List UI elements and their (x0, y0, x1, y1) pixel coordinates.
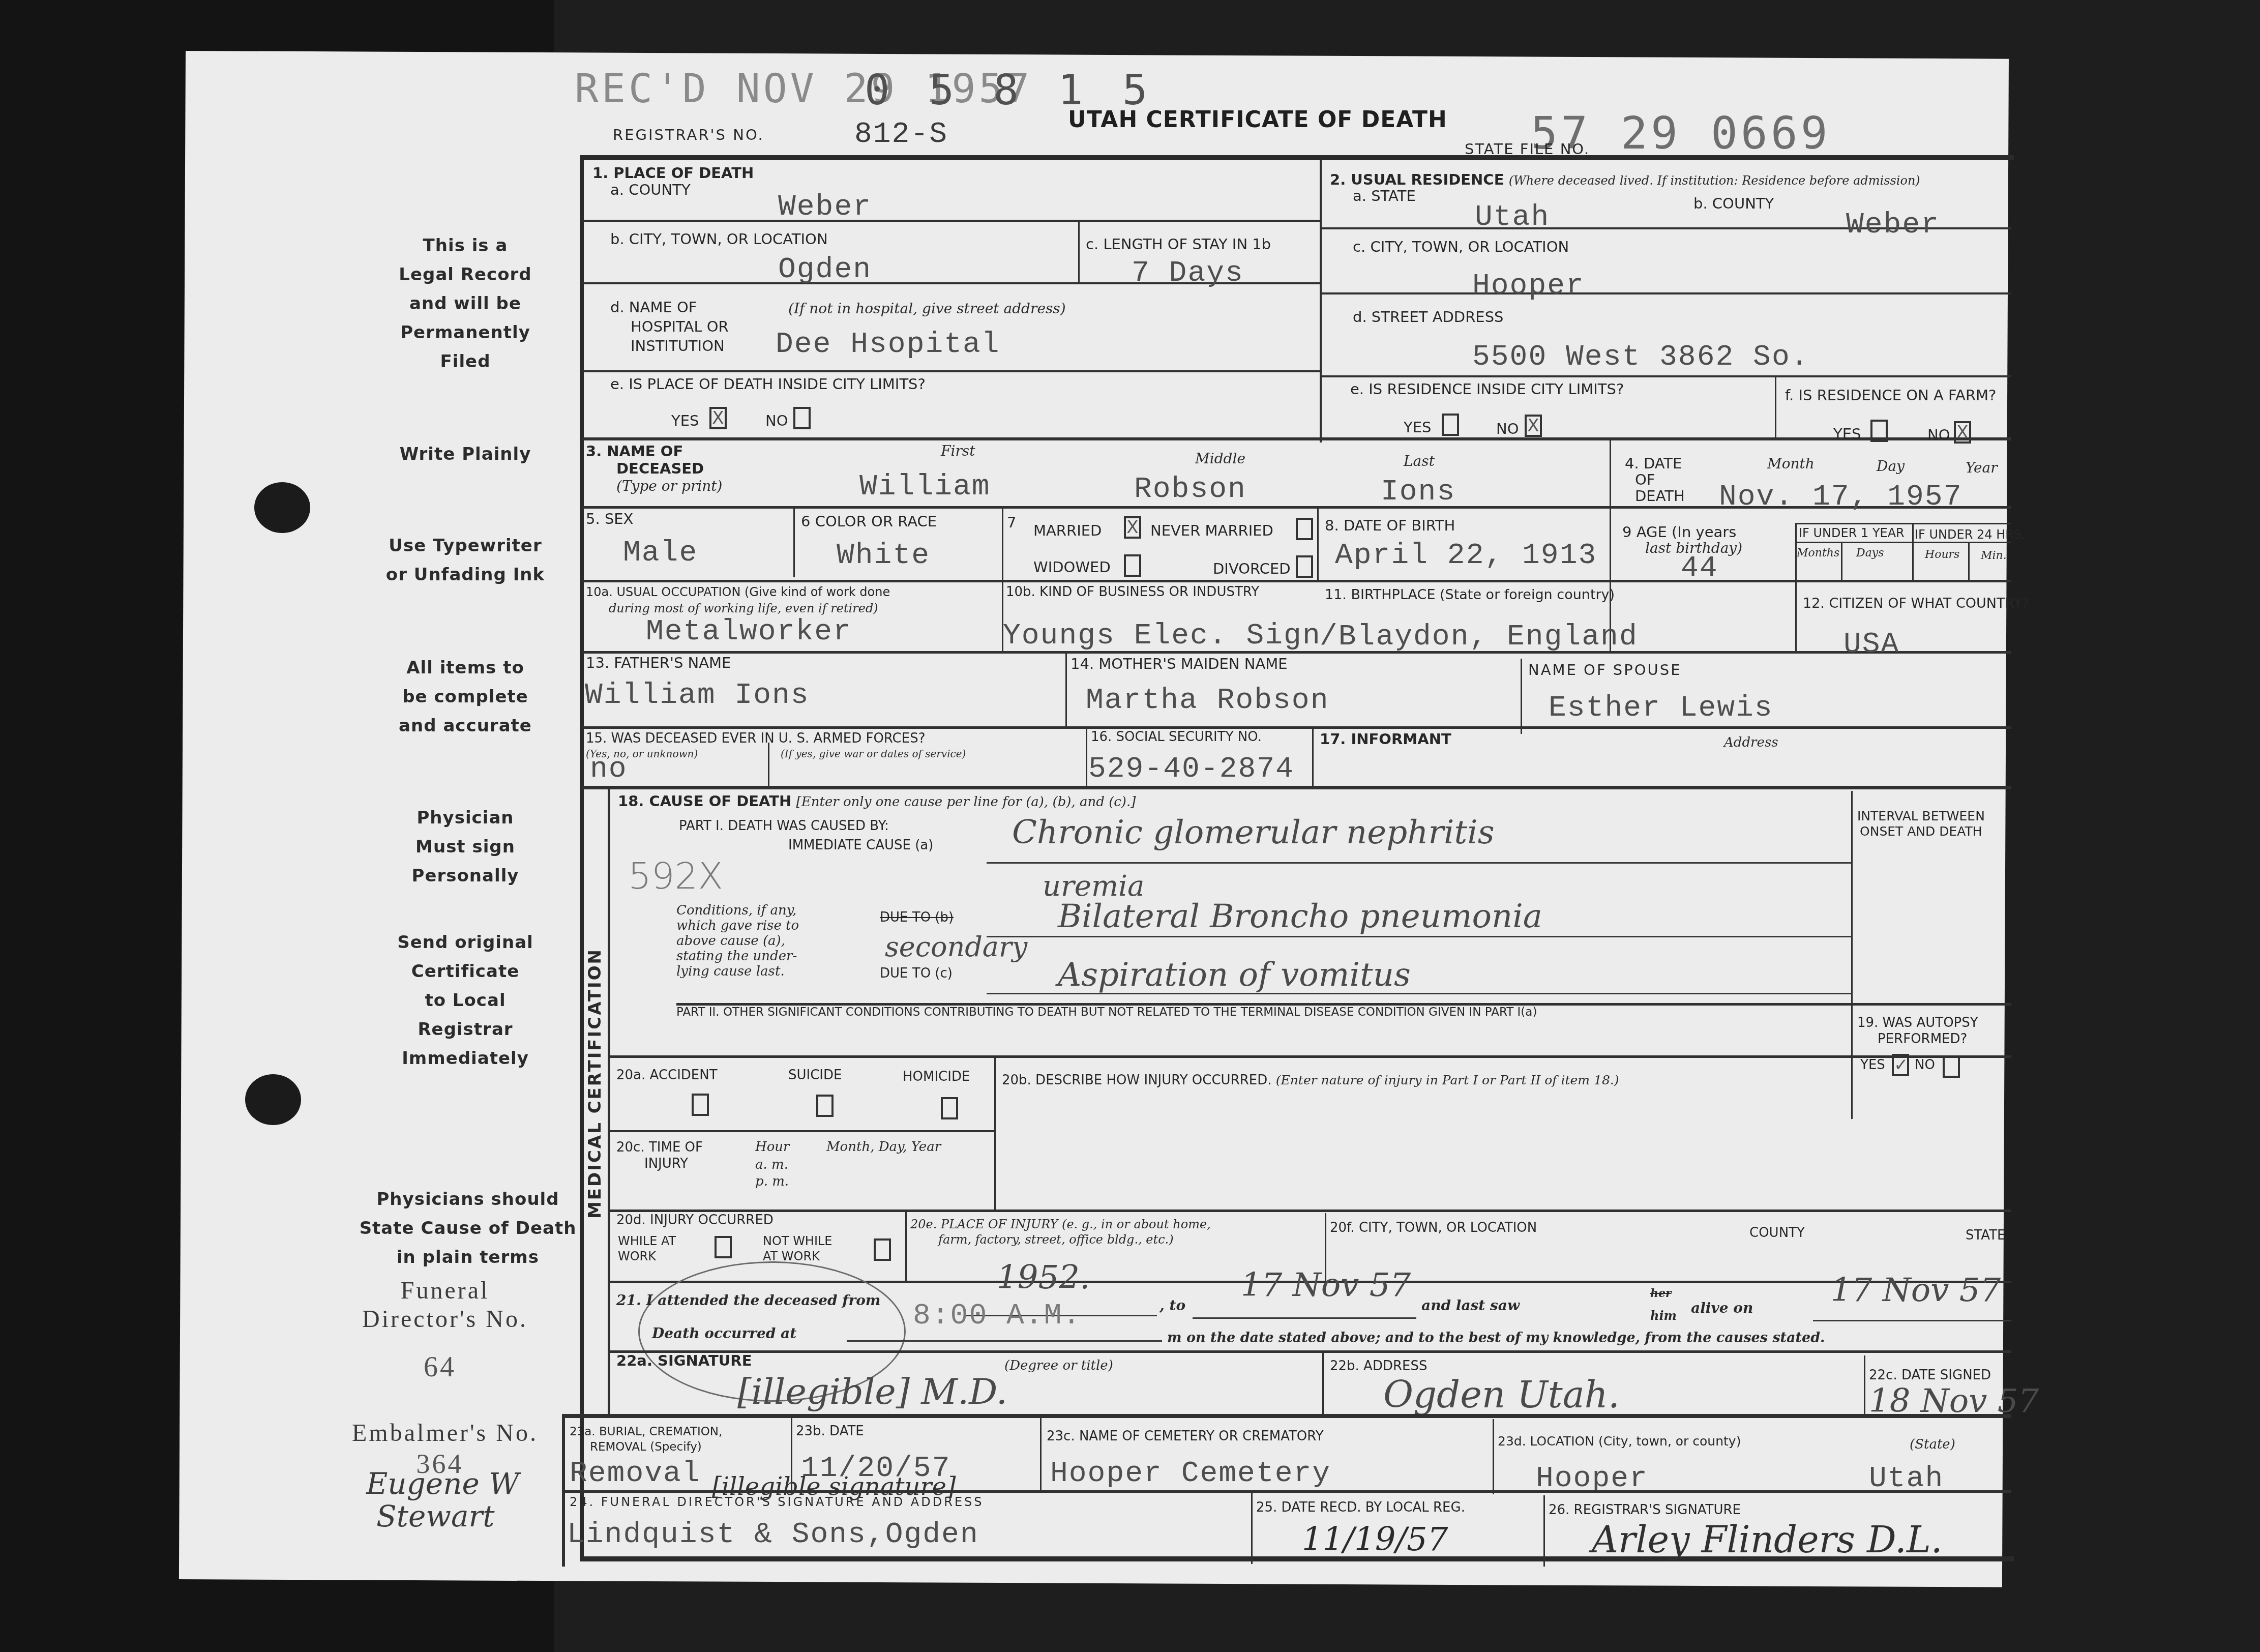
note-line: be complete (346, 683, 585, 712)
autopsy-label: 19. WAS AUTOPSY PERFORMED? (1857, 1015, 1978, 1047)
armed-forces-value[interactable]: no (590, 753, 628, 786)
residence-inside-city-yes-checkbox[interactable] (1442, 414, 1459, 436)
hours-label: Hours (1925, 548, 1959, 561)
divider (1086, 729, 1087, 787)
embalmer-signature: Eugene W Stewart (366, 1467, 519, 1532)
label-line: HOSPITAL OR (610, 317, 729, 336)
am-label: a. m. (755, 1157, 788, 1172)
father-label: 13. FATHER'S NAME (586, 655, 731, 671)
cemetery-value[interactable]: Hooper Cemetery (1050, 1457, 1331, 1490)
location-state-label: (State) (1910, 1437, 1955, 1452)
note-line: and accurate (346, 712, 585, 741)
label-line: above cause (a), (676, 933, 799, 949)
divider (582, 220, 1320, 222)
address-label: 22b. ADDRESS (1330, 1359, 1427, 1374)
cause-b-value[interactable]: Bilateral Broncho pneumonia (1058, 898, 1542, 935)
physician-address[interactable]: Ogden Utah. (1383, 1373, 1620, 1416)
label-text: 3. NAME OF (586, 442, 683, 460)
date-of-death-value[interactable]: Nov. 17, 1957 (1719, 481, 1962, 514)
suicide-checkbox[interactable] (816, 1095, 834, 1117)
suicide-label: SUICIDE (788, 1068, 842, 1083)
cemetery-label: 23c. NAME OF CEMETERY OR CREMATORY (1047, 1429, 1324, 1444)
divider (1322, 1353, 1324, 1414)
label-line: 4. DATE (1625, 455, 1685, 471)
usual-residence-label: 2. USUAL RESIDENCE (Where deceased lived… (1330, 172, 1920, 188)
divider (1493, 1419, 1494, 1494)
date-recd-value[interactable]: 11/19/57 (1302, 1521, 1448, 1558)
business-label: 10b. KIND OF BUSINESS OR INDUSTRY (1006, 585, 1259, 600)
pm-label: p. m. (755, 1174, 789, 1189)
funeral-director-value[interactable]: Lindquist & Sons,Ogden (567, 1518, 979, 1551)
label-line: stating the under- (676, 949, 799, 964)
residence-farm-label: f. IS RESIDENCE ON A FARM? (1785, 388, 1997, 404)
to-label: , to (1159, 1297, 1185, 1314)
label-line: REMOVAL (Specify) (570, 1439, 722, 1455)
cause-c-value[interactable]: Aspiration of vomitus (1058, 956, 1411, 994)
dob-label: 8. DATE OF BIRTH (1325, 518, 1455, 534)
deceased-name-label: 3. NAME OF DECEASED (Type or print) (586, 442, 722, 495)
ssn-value[interactable]: 529-40-2874 (1088, 753, 1294, 786)
divider (1320, 375, 2011, 377)
physician-signature[interactable]: [illegible] M.D. (737, 1371, 1007, 1412)
label-line: INTERVAL BETWEEN (1857, 809, 1985, 824)
while-at-work-label: WHILE AT WORK (618, 1233, 676, 1264)
autopsy-yes-label: YES (1860, 1058, 1885, 1073)
divider (1065, 654, 1067, 727)
homicide-label: HOMICIDE (903, 1070, 970, 1084)
sex-label: 5. SEX (586, 511, 634, 527)
death-city-value[interactable]: Ogden (778, 253, 872, 286)
injury-state-label: STATE (1966, 1228, 2005, 1243)
never-married-label: NEVER MARRIED (1150, 523, 1273, 539)
inside-city-label: e. IS PLACE OF DEATH INSIDE CITY LIMITS? (610, 376, 926, 393)
section-hint: (Where deceased lived. If institution: R… (1509, 173, 1920, 188)
attended-from-value[interactable]: 1952. (997, 1259, 1090, 1296)
note-line: Write Plainly (346, 440, 585, 469)
label-line: Director's No. (325, 1305, 564, 1334)
cause-a-value[interactable]: Chronic glomerular nephritis (1012, 814, 1494, 851)
residence-city-label: c. CITY, TOWN, OR LOCATION (1353, 239, 1569, 255)
divider (1312, 729, 1314, 789)
death-time-value[interactable]: 8:00 A.M. (913, 1300, 1081, 1333)
divider (1795, 542, 1912, 543)
death-time-line (847, 1340, 1162, 1342)
married-label: MARRIED (1033, 523, 1102, 539)
hour-label: Hour (755, 1139, 790, 1155)
degree-label: (Degree or title) (1004, 1358, 1113, 1373)
age-value[interactable]: 44 (1681, 552, 1718, 585)
attended-to-line (1193, 1317, 1416, 1319)
autopsy-no-label: NO (1915, 1058, 1935, 1073)
not-while-at-work-checkbox[interactable] (874, 1238, 891, 1261)
burial-label: 23a. BURIAL, CREMATION, REMOVAL (Specify… (570, 1424, 722, 1455)
length-of-stay-value[interactable]: 7 Days (1132, 257, 1244, 290)
signature-line: Eugene W (366, 1467, 519, 1500)
label-line: PERFORMED? (1857, 1031, 1978, 1047)
date-of-death-label: 4. DATE OF DEATH (1625, 455, 1685, 504)
cause-b-line (987, 936, 1851, 937)
note-line: Physician (346, 804, 585, 833)
date-recd-label: 25. DATE RECD. BY LOCAL REG. (1256, 1500, 1465, 1515)
signature-label: 22a. SIGNATURE (616, 1353, 752, 1369)
cause-hint: [Enter only one cause per line for (a), … (796, 794, 1136, 810)
divider (1521, 659, 1522, 734)
residence-county-value[interactable]: Weber (1846, 209, 1940, 242)
residence-county-label: b. COUNTY (1693, 196, 1774, 212)
due-to-b-label: DUE TO (b) (880, 910, 954, 925)
document-title: UTAH CERTIFICATE OF DEATH (1068, 107, 1447, 133)
days-label: Days (1856, 547, 1884, 559)
divider (1795, 582, 1797, 654)
section-title: 2. USUAL RESIDENCE (1330, 171, 1504, 188)
county-label: a. COUNTY (610, 182, 691, 198)
birthplace-value[interactable]: /Blaydon, England (1320, 621, 1638, 654)
under-1-year-label: IF UNDER 1 YEAR (1799, 526, 1905, 540)
margin-note-send-original: Send original Certificate to Local Regis… (346, 928, 585, 1073)
divider (564, 1414, 2011, 1418)
label-text: DECEASED (616, 460, 704, 477)
part1-label: PART I. DEATH WAS CAUSED BY: (679, 819, 889, 834)
alive-on-label: alive on (1691, 1300, 1753, 1316)
while-at-work-checkbox[interactable] (715, 1236, 732, 1258)
funeral-director-no: 64 (320, 1353, 559, 1381)
citizen-value[interactable]: USA (1843, 628, 1899, 661)
cause-c-line (987, 993, 1851, 994)
burial-date-label: 23b. DATE (796, 1424, 864, 1439)
label-line: 9 AGE (In years (1622, 524, 1742, 540)
yes-label: YES (1833, 426, 1861, 442)
her-label: her (1650, 1287, 1672, 1300)
divider (1040, 1417, 1042, 1493)
divider (793, 509, 795, 577)
armed-forces-label: 15. WAS DECEASED EVER IN U. S. ARMED FOR… (586, 731, 926, 746)
due-to-c-label: DUE TO (c) (880, 966, 953, 981)
accident-checkbox[interactable] (692, 1094, 709, 1116)
label-line: ONSET AND DEATH (1857, 824, 1985, 839)
hint-text: (Enter nature of injury in Part I or Par… (1276, 1073, 1619, 1087)
note-line: Use Typewriter (346, 532, 585, 560)
occupation-value[interactable]: Metalworker (646, 615, 852, 648)
margin-note-all-items: All items to be complete and accurate (346, 654, 585, 741)
divider (582, 580, 2011, 582)
label-line: lying cause last. (676, 964, 799, 979)
label-text: 18. CAUSE OF DEATH (618, 792, 791, 810)
divider (1320, 292, 2011, 294)
registrars-no: 812-S (854, 118, 948, 151)
birthplace-label: 11. BIRTHPLACE (State or foreign country… (1325, 587, 1615, 603)
funeral-director-no-label: Funeral Director's No. (325, 1277, 564, 1334)
occupation-label: 10a. USUAL OCCUPATION (Give kind of work… (586, 584, 890, 616)
label-line: DEATH (1625, 488, 1685, 504)
note-line: Physicians should (341, 1185, 595, 1214)
label-line: OF (1625, 471, 1685, 488)
divider (1968, 543, 1970, 582)
label-line: Funeral (325, 1277, 564, 1305)
disease-code: 592X (628, 854, 723, 897)
under-24-hrs-label: IF UNDER 24 HRS. (1915, 528, 2026, 541)
middle-name-value[interactable]: Robson (1134, 473, 1246, 506)
margin-note-legal-record: This is a Legal Record and will be Perma… (346, 231, 585, 376)
homicide-checkbox[interactable] (941, 1097, 958, 1119)
alive-on-value[interactable]: 17 Nov 57 (1831, 1272, 2001, 1309)
residence-inside-city-no-checkbox[interactable]: X (1525, 415, 1542, 437)
residence-state-label: a. STATE (1353, 188, 1416, 204)
city-label: b. CITY, TOWN, OR LOCATION (610, 231, 828, 248)
label-line: WORK (618, 1249, 676, 1264)
marital-label: 7 (1007, 515, 1016, 531)
divider (582, 437, 2011, 440)
divider (582, 786, 2011, 789)
label-text: 22a. SIGNATURE (616, 1352, 752, 1369)
conditions-label: Conditions, if any, which gave rise to a… (676, 903, 799, 979)
margin-note-typewriter: Use Typewriter or Unfading Ink (346, 532, 585, 589)
death-occurred-label: Death occurred at (652, 1325, 796, 1342)
ssn-label: 16. SOCIAL SECURITY NO. (1091, 730, 1262, 745)
citizen-label: 12. CITIZEN OF WHAT COUNTRY? (1803, 596, 2029, 611)
burial-value[interactable]: Removal (570, 1457, 701, 1490)
divider (610, 1055, 2011, 1058)
note-line: Permanently (346, 318, 585, 347)
statement-text: m on the date stated above; and to the b… (1167, 1330, 1825, 1346)
margin-note-physician-sign: Physician Must sign Personally (346, 804, 585, 891)
divider (610, 1350, 2011, 1353)
embalmer-no-label: Embalmer's No. (325, 1419, 564, 1448)
mother-value[interactable]: Martha Robson (1086, 684, 1329, 717)
signature-line: Stewart (366, 1500, 519, 1532)
time-of-injury-label: 20c. TIME OF INJURY (616, 1139, 703, 1172)
note-line: to Local (346, 986, 585, 1015)
first-name-value[interactable]: William (859, 470, 991, 504)
not-while-at-work-label: NOT WHILE AT WORK (763, 1233, 832, 1264)
widowed-checkbox[interactable] (1124, 554, 1141, 577)
note-line: Legal Record (346, 260, 585, 289)
informant-label: 17. INFORMANT (1320, 731, 1451, 748)
registrars-no-label: REGISTRAR'S NO. (613, 127, 764, 143)
injury-county-label: COUNTY (1749, 1226, 1805, 1241)
note-line: Immediately (346, 1044, 585, 1073)
street-address-value[interactable]: 5500 West 3862 So. (1472, 341, 1809, 374)
residence-farm-yes-checkbox[interactable] (1870, 420, 1888, 442)
note-line: This is a (346, 231, 585, 260)
place-of-death-label: 1. PLACE OF DEATH (592, 165, 754, 182)
father-value[interactable]: William Ions (585, 679, 810, 712)
inside-city-no-checkbox[interactable] (793, 407, 811, 429)
divider (1317, 509, 1319, 580)
divider (1320, 160, 1322, 442)
divider (1795, 523, 2011, 524)
part2-label: PART II. OTHER SIGNIFICANT CONDITIONS CO… (676, 1006, 1537, 1019)
note-line: Certificate (346, 957, 585, 986)
note-line: in plain terms (341, 1243, 595, 1272)
note-line: Must sign (346, 833, 585, 862)
label-line: 3. NAME OF (586, 442, 722, 460)
divider (994, 1058, 996, 1211)
residence-inside-city-label: e. IS RESIDENCE INSIDE CITY LIMITS? (1350, 381, 1624, 398)
note-line: Filed (346, 347, 585, 376)
label-line: INJURY (616, 1156, 703, 1172)
race-value[interactable]: White (837, 539, 930, 572)
spouse-value[interactable]: Esther Lewis (1549, 692, 1773, 725)
label-line: 23a. BURIAL, CREMATION, (570, 1424, 722, 1439)
note-line: Personally (346, 862, 585, 891)
label-line: DECEASED (586, 460, 722, 477)
label-text: (Type or print) (616, 478, 722, 494)
injury-occurred-label: 20d. INJURY OCCURRED (616, 1213, 774, 1228)
label-line: WHILE AT (618, 1233, 676, 1249)
widowed-label: WIDOWED (1033, 559, 1111, 576)
street-address-label: d. STREET ADDRESS (1353, 309, 1504, 326)
label-line: which gave rise to (676, 918, 799, 933)
medical-certification-label: MEDICAL CERTIFICATION (585, 931, 610, 1236)
cause-of-death-label: 18. CAUSE OF DEATH [Enter only one cause… (618, 793, 1136, 810)
injury-description-label: 20b. DESCRIBE HOW INJURY OCCURRED. (Ente… (1002, 1073, 1619, 1088)
hospital-hint: (If not in hospital, give street address… (788, 300, 1066, 317)
month-label: Month (1767, 455, 1815, 472)
label-line: farm, factory, street, office bldg., etc… (910, 1232, 1211, 1247)
divider (768, 743, 769, 786)
divider (1851, 791, 1853, 1119)
label-text: 17. INFORMANT (1320, 730, 1451, 748)
label-line: 20c. TIME OF (616, 1139, 703, 1156)
year-label: Year (1966, 459, 1998, 476)
interval-label: INTERVAL BETWEEN ONSET AND DEATH (1857, 809, 1985, 839)
label-text: 20b. DESCRIBE HOW INJURY OCCURRED. (1002, 1073, 1272, 1088)
label-line: 20e. PLACE OF INJURY (e. g., in or about… (910, 1217, 1211, 1232)
note-line: Registrar (346, 1015, 585, 1044)
cause-a-line (987, 862, 1851, 864)
label-line: during most of working life, even if ret… (586, 600, 890, 616)
residence-state-value[interactable]: Utah (1475, 201, 1550, 234)
business-value[interactable]: Youngs Elec. Sign (1003, 619, 1321, 653)
place-of-injury-label: 20e. PLACE OF INJURY (e. g., in or about… (910, 1217, 1211, 1247)
last-name-label: Last (1404, 453, 1435, 469)
him-label: him (1650, 1308, 1677, 1323)
residence-city-value[interactable]: Hooper (1472, 270, 1585, 303)
divorced-label: DIVORCED (1213, 561, 1291, 577)
section-title: 1. PLACE OF DEATH (592, 164, 754, 182)
divider (1864, 1355, 1865, 1415)
punch-hole-icon (254, 482, 310, 533)
married-checkbox[interactable]: X (1124, 516, 1141, 539)
note-line: and will be (346, 289, 585, 318)
accident-label: 20a. ACCIDENT (616, 1068, 718, 1083)
death-county-value[interactable]: Weber (778, 191, 872, 224)
sex-value[interactable]: Male (623, 537, 698, 570)
middle-name-label: Middle (1195, 450, 1245, 467)
alive-on-line (1813, 1320, 2011, 1321)
last-saw-label: and last saw (1421, 1297, 1520, 1314)
divider (610, 1130, 994, 1132)
injury-city-label: 20f. CITY, TOWN, OR LOCATION (1330, 1221, 1537, 1235)
note-line: or Unfading Ink (346, 560, 585, 589)
no-label: NO (1927, 427, 1950, 444)
divider (582, 370, 1320, 372)
label-line: (Type or print) (586, 477, 722, 495)
divider (610, 1209, 2011, 1212)
cause-b-note: secondary (885, 931, 1027, 963)
label-line: INSTITUTION (610, 336, 729, 356)
autopsy-no-checkbox[interactable] (1943, 1055, 1960, 1078)
no-label: NO (1496, 421, 1519, 437)
punch-hole-icon (245, 1074, 301, 1125)
divider (905, 1211, 907, 1282)
hospital-label: d. NAME OF HOSPITAL OR INSTITUTION (610, 298, 729, 356)
divider (1078, 222, 1080, 283)
immediate-cause-label: IMMEDIATE CAUSE (a) (788, 838, 933, 853)
residence-farm-no-checkbox[interactable]: X (1954, 421, 1971, 444)
divider (1912, 542, 2011, 543)
divorced-checkbox[interactable] (1296, 555, 1313, 578)
label-line: Conditions, if any, (676, 903, 799, 918)
yes-label: YES (671, 413, 699, 429)
min-label: Min. (1981, 549, 2007, 562)
note-line: Send original (346, 928, 585, 957)
mother-label: 14. MOTHER'S MAIDEN NAME (1070, 656, 1288, 672)
label-line: d. NAME OF (610, 298, 729, 317)
month-day-year-label: Month, Day, Year (826, 1139, 941, 1155)
months-label: Months (1797, 547, 1839, 559)
label-line: 19. WAS AUTOPSY (1857, 1015, 1978, 1031)
day-label: Day (1877, 458, 1905, 475)
dob-value[interactable]: April 22, 1913 (1335, 539, 1597, 572)
divider (1775, 377, 1776, 438)
length-of-stay-label: c. LENGTH OF STAY IN 1b (1086, 237, 1271, 253)
divider (1543, 1495, 1545, 1567)
never-married-checkbox[interactable] (1296, 518, 1313, 540)
race-label: 6 COLOR OR RACE (801, 514, 937, 530)
first-name-label: First (941, 442, 975, 459)
informant-address-label: Address (1724, 735, 1778, 750)
yes-label: YES (1404, 420, 1431, 436)
spouse-label: NAME OF SPOUSE (1528, 662, 1682, 678)
inside-city-yes-checkbox[interactable]: X (709, 407, 727, 429)
last-name-value[interactable]: Ions (1381, 476, 1455, 509)
margin-note-write-plainly: Write Plainly (346, 440, 585, 469)
label-line: 10a. USUAL OCCUPATION (Give kind of work… (586, 584, 890, 600)
divider (582, 726, 2011, 729)
funeral-director-signature: [illegible signature] (712, 1472, 956, 1501)
note-line: All items to (346, 654, 585, 683)
margin-note-physicians-should: Physicians should State Cause of Death i… (341, 1185, 595, 1272)
divider (1251, 1493, 1253, 1564)
registrar-signature[interactable]: Arley Flinders D.L. (1592, 1518, 1943, 1561)
label-line: NOT WHILE (763, 1233, 832, 1249)
no-label: NO (765, 413, 788, 429)
note-line: State Cause of Death (341, 1214, 595, 1243)
date-signed-label: 22c. DATE SIGNED (1869, 1368, 1991, 1383)
armed-forces-hint-b: (If yes, give war or dates of service) (781, 748, 966, 760)
attended-to-value[interactable]: 17 Nov 57 (1241, 1266, 1411, 1304)
registrar-signature-label: 26. REGISTRAR'S SIGNATURE (1549, 1503, 1741, 1518)
hospital-value[interactable]: Dee Hsopital (776, 328, 1000, 361)
divider (1912, 524, 1914, 582)
divider (1841, 543, 1842, 582)
location-label: 23d. LOCATION (City, town, or county) (1498, 1434, 1741, 1449)
attended-label: 21. I attended the deceased from (616, 1292, 880, 1309)
